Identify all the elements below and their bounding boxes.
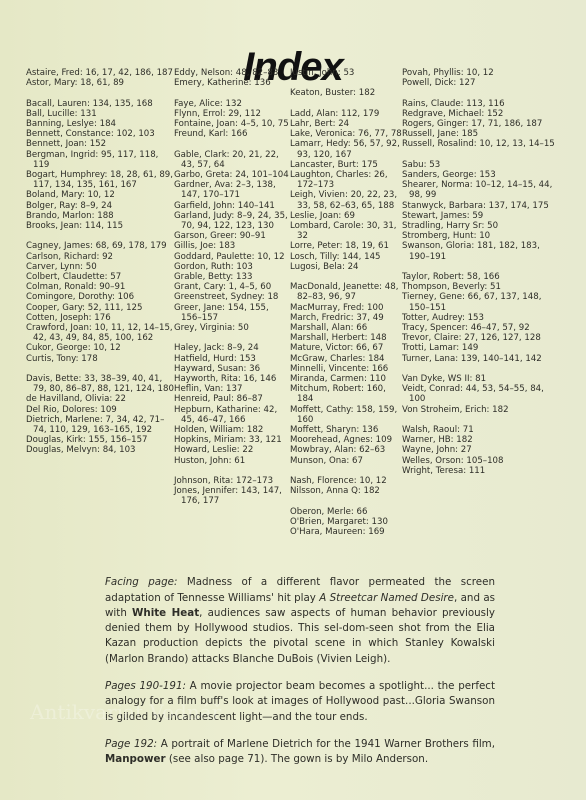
index-entry: Stanwyck, Barbara: 137, 174, 175 xyxy=(402,201,562,211)
index-entry: Cukor, George: 10, 12 xyxy=(26,343,174,353)
index-entry: Losch, Tilly: 144, 145 xyxy=(290,252,402,262)
index-entry: Oberon, Merle: 66 xyxy=(290,507,402,517)
index-entry: Brando, Marlon: 188 xyxy=(26,211,174,221)
index-entry: Bergman, Ingrid: 95, 117, 118, 119 xyxy=(26,150,174,170)
index-entry: Eddy, Nelson: 48, 82–83 xyxy=(174,68,290,78)
index-entry: Lugosi, Bela: 24 xyxy=(290,262,402,272)
watermark: Antikvariat Vodnář xyxy=(30,700,221,724)
index-entry: Garland, Judy: 8–9, 24, 35, 70, 94, 122,… xyxy=(174,211,290,231)
index-group: Oberon, Merle: 66O'Brien, Margaret: 130O… xyxy=(290,507,402,538)
index-entry: Bogart, Humphrey: 18, 28, 61, 89, 117, 1… xyxy=(26,170,174,190)
caption-lead: Page 192: xyxy=(105,738,157,750)
index-group: MacDonald, Jeanette: 48, 82–83, 96, 97Ma… xyxy=(290,282,402,466)
index-group: Astaire, Fred: 16, 17, 42, 186, 187Astor… xyxy=(26,68,174,88)
index-entry: Von Stroheim, Erich: 182 xyxy=(402,405,562,415)
index-entry: Fontaine, Joan: 4–5, 10, 75 xyxy=(174,119,290,129)
index-entry: Cagney, James: 68, 69, 178, 179 xyxy=(26,241,174,251)
index-group: Eddy, Nelson: 48, 82–83Emery, Katherine:… xyxy=(174,68,290,88)
index-entry: Bolger, Ray: 8–9, 24 xyxy=(26,201,174,211)
index-entry: Marshall, Alan: 66 xyxy=(290,323,402,333)
index-entry: Lahr, Bert: 24 xyxy=(290,119,402,129)
index-entry: Crawford, Joan: 10, 11, 12, 14–15, 42, 4… xyxy=(26,323,174,343)
caption-text: (see also page 71). The gown is by Milo … xyxy=(166,753,429,765)
index-entry: Nash, Florence: 10, 12 xyxy=(290,476,402,486)
index-entry: Cotten, Joseph: 176 xyxy=(26,313,174,323)
index-column: Justin, John: 53Keaton, Buster: 182Ladd,… xyxy=(290,68,402,547)
index-entry: Warner, HB: 182 xyxy=(402,435,562,445)
index-entry: Lancaster, Burt: 175 xyxy=(290,160,402,170)
index-group: Sabu: 53Sanders, George: 153Shearer, Nor… xyxy=(402,160,562,262)
index-group: Taylor, Robert: 58, 166Thompson, Beverly… xyxy=(402,272,562,364)
index-entry: Emery, Katherine: 136 xyxy=(174,78,290,88)
index-entry: Boland, Mary: 10, 12 xyxy=(26,190,174,200)
index-entry: Ball, Lucille: 131 xyxy=(26,109,174,119)
index-entry: Hopkins, Miriam: 33, 121 xyxy=(174,435,290,445)
index-group: Gable, Clark: 20, 21, 22, 43, 57, 64Garb… xyxy=(174,150,290,334)
index-entry: Grey, Virginia: 50 xyxy=(174,323,290,333)
index-entry: Garfield, John: 140–141 xyxy=(174,201,290,211)
caption-page-192: Page 192: A portrait of Marlene Dietrich… xyxy=(105,737,495,768)
index-entry: Jones, Jennifer: 143, 147, 176, 177 xyxy=(174,486,290,506)
play-title: A Streetcar Named Desire xyxy=(319,592,454,604)
captions: Facing page: Madness of a different flav… xyxy=(105,565,495,780)
index-entry: Haley, Jack: 8–9, 24 xyxy=(174,343,290,353)
index-column: Eddy, Nelson: 48, 82–83Emery, Katherine:… xyxy=(174,68,290,547)
index-entry: Lake, Veronica: 76, 77, 78 xyxy=(290,129,402,139)
index-entry: Keaton, Buster: 182 xyxy=(290,88,402,98)
index-entry: Lombard, Carole: 30, 31, 32 xyxy=(290,221,402,241)
index-entry: Del Rio, Dolores: 109 xyxy=(26,405,174,415)
index-entry: Hepburn, Katharine: 42, 45, 46–47, 166 xyxy=(174,405,290,425)
index-entry: Curtis, Tony: 178 xyxy=(26,354,174,364)
index-entry: Marshall, Herbert: 148 xyxy=(290,333,402,343)
index-entry: Garbo, Greta: 24, 101–104 xyxy=(174,170,290,180)
index-entry: Brooks, Jean: 114, 115 xyxy=(26,221,174,231)
index-entry: Russell, Jane: 185 xyxy=(402,129,562,139)
index-entry: Heflin, Van: 137 xyxy=(174,384,290,394)
index-column: Povah, Phyllis: 10, 12Powell, Dick: 127R… xyxy=(402,68,562,547)
index-entry: Leslie, Joan: 69 xyxy=(290,211,402,221)
index-group: Johnson, Rita: 172–173Jones, Jennifer: 1… xyxy=(174,476,290,507)
index-entry: Totter, Audrey: 153 xyxy=(402,313,562,323)
index-entry: March, Fredric: 37, 49 xyxy=(290,313,402,323)
index-group: Justin, John: 53 xyxy=(290,68,402,78)
index-entry: Bennett, Constance: 102, 103 xyxy=(26,129,174,139)
index-entry: Colbert, Claudette: 57 xyxy=(26,272,174,282)
index-entry: Ladd, Alan: 112, 179 xyxy=(290,109,402,119)
index-entry: Faye, Alice: 132 xyxy=(174,99,290,109)
index-entry: Mature, Victor: 66, 67 xyxy=(290,343,402,353)
index-entry: Colman, Ronald: 90–91 xyxy=(26,282,174,292)
index-entry: Miranda, Carmen: 110 xyxy=(290,374,402,384)
index-entry: O'Hara, Maureen: 169 xyxy=(290,527,402,537)
index-entry: Bacall, Lauren: 134, 135, 168 xyxy=(26,99,174,109)
index-entry: Swanson, Gloria: 181, 182, 183, 190–191 xyxy=(402,241,562,261)
index-entry: Goddard, Paulette: 10, 12 xyxy=(174,252,290,262)
index-entry: Grant, Cary: 1, 4–5, 60 xyxy=(174,282,290,292)
index-entry: Holden, William: 182 xyxy=(174,425,290,435)
index-group: Nash, Florence: 10, 12Nilsson, Anna Q: 1… xyxy=(290,476,402,496)
index-entry: Van Dyke, WS II: 81 xyxy=(402,374,562,384)
index-entry: Laughton, Charles: 26, 172–173 xyxy=(290,170,402,190)
index-entry: Astor, Mary: 18, 61, 89 xyxy=(26,78,174,88)
index-entry: Cooper, Gary: 52, 111, 125 xyxy=(26,303,174,313)
index-entry: Mowbray, Alan: 62–63 xyxy=(290,445,402,455)
index-entry: Davis, Bette: 33, 38–39, 40, 41, 79, 80,… xyxy=(26,374,174,394)
index-group: Rains, Claude: 113, 116Redgrave, Michael… xyxy=(402,99,562,150)
index-entry: Taylor, Robert: 58, 166 xyxy=(402,272,562,282)
index-column: Astaire, Fred: 16, 17, 42, 186, 187Astor… xyxy=(26,68,174,547)
index-entry: Tierney, Gene: 66, 67, 137, 148, 150–151 xyxy=(402,292,562,312)
index-entry: Sabu: 53 xyxy=(402,160,562,170)
index-entry: Munson, Ona: 67 xyxy=(290,456,402,466)
index-group: Ladd, Alan: 112, 179Lahr, Bert: 24Lake, … xyxy=(290,109,402,272)
index-entry: Johnson, Rita: 172–173 xyxy=(174,476,290,486)
index-entry: Greenstreet, Sydney: 18 xyxy=(174,292,290,302)
index-group: Keaton, Buster: 182 xyxy=(290,88,402,98)
index-entry: O'Brien, Margaret: 130 xyxy=(290,517,402,527)
caption-text: A portrait of Marlene Dietrich for the 1… xyxy=(157,738,495,750)
index-entry: Wright, Teresa: 111 xyxy=(402,466,562,476)
index-entry: Banning, Leslye: 184 xyxy=(26,119,174,129)
index-entry: Bennett, Joan: 152 xyxy=(26,139,174,149)
index-entry: Gardner, Ava: 2–3, 138, 147, 170–171 xyxy=(174,180,290,200)
index-group: Povah, Phyllis: 10, 12Powell, Dick: 127 xyxy=(402,68,562,88)
caption-lead: Pages 190-191: xyxy=(105,680,186,692)
index-group: Cagney, James: 68, 69, 178, 179Carlson, … xyxy=(26,241,174,363)
index-entry: Stromberg, Hunt: 10 xyxy=(402,231,562,241)
index-entry: Dietrich, Marlene: 7, 34, 42, 71–74, 110… xyxy=(26,415,174,435)
index-entry: Grable, Betty: 133 xyxy=(174,272,290,282)
index-entry: Flynn, Errol: 29, 112 xyxy=(174,109,290,119)
index-entry: Hayworth, Rita: 16, 146 xyxy=(174,374,290,384)
index-entry: Comingore, Dorothy: 106 xyxy=(26,292,174,302)
index-entry: Hayward, Susan: 36 xyxy=(174,364,290,374)
index-entry: Douglas, Melvyn: 84, 103 xyxy=(26,445,174,455)
index-entry: Mitchum, Robert: 160, 184 xyxy=(290,384,402,404)
index-entry: de Havilland, Olivia: 22 xyxy=(26,394,174,404)
index-entry: Lamarr, Hedy: 56, 57, 92, 93, 120, 167 xyxy=(290,139,402,159)
index-group: Walsh, Raoul: 71Warner, HB: 182Wayne, Jo… xyxy=(402,425,562,476)
index-entry: Justin, John: 53 xyxy=(290,68,402,78)
index-entry: McGraw, Charles: 184 xyxy=(290,354,402,364)
index-entry: Gordon, Ruth: 103 xyxy=(174,262,290,272)
index-entry: Stradling, Harry Sr: 50 xyxy=(402,221,562,231)
caption-facing-page: Facing page: Madness of a different flav… xyxy=(105,575,495,667)
index-entry: Douglas, Kirk: 155, 156–157 xyxy=(26,435,174,445)
index-group: Faye, Alice: 132Flynn, Errol: 29, 112Fon… xyxy=(174,99,290,140)
index-entry: Henreid, Paul: 86–87 xyxy=(174,394,290,404)
index-entry: Leigh, Vivien: 20, 22, 23, 33, 58, 62–63… xyxy=(290,190,402,210)
index-group: Van Dyke, WS II: 81Veidt, Conrad: 44, 53… xyxy=(402,374,562,415)
index-entry: Thompson, Beverly: 51 xyxy=(402,282,562,292)
index-columns: Astaire, Fred: 16, 17, 42, 186, 187Astor… xyxy=(26,68,576,547)
index-group: Davis, Bette: 33, 38–39, 40, 41, 79, 80,… xyxy=(26,374,174,456)
index-entry: Garson, Greer: 90–91 xyxy=(174,231,290,241)
index-entry: Trotti, Lamar: 149 xyxy=(402,343,562,353)
index-entry: Russell, Rosalind: 10, 12, 13, 14–15 xyxy=(402,139,562,149)
index-entry: Freund, Karl: 166 xyxy=(174,129,290,139)
film-title: Manpower xyxy=(105,753,166,765)
index-entry: Huston, John: 61 xyxy=(174,456,290,466)
index-entry: Walsh, Raoul: 71 xyxy=(402,425,562,435)
index-entry: Rogers, Ginger: 17, 71, 186, 187 xyxy=(402,119,562,129)
index-entry: Tracy, Spencer: 46–47, 57, 92 xyxy=(402,323,562,333)
index-entry: MacMurray, Fred: 100 xyxy=(290,303,402,313)
index-entry: Povah, Phyllis: 10, 12 xyxy=(402,68,562,78)
index-entry: Moffett, Sharyn: 136 xyxy=(290,425,402,435)
caption-lead: Facing page: xyxy=(105,576,177,588)
index-group: Haley, Jack: 8–9, 24Hatfield, Hurd: 153H… xyxy=(174,343,290,465)
index-entry: Wayne, John: 27 xyxy=(402,445,562,455)
index-entry: Carlson, Richard: 92 xyxy=(26,252,174,262)
index-entry: Veidt, Conrad: 44, 53, 54–55, 84, 100 xyxy=(402,384,562,404)
index-entry: Welles, Orson: 105–108 xyxy=(402,456,562,466)
index-entry: Carver, Lynn: 50 xyxy=(26,262,174,272)
index-entry: Nilsson, Anna Q: 182 xyxy=(290,486,402,496)
index-entry: Astaire, Fred: 16, 17, 42, 186, 187 xyxy=(26,68,174,78)
index-entry: Trevor, Claire: 27, 126, 127, 128 xyxy=(402,333,562,343)
index-group: Bacall, Lauren: 134, 135, 168Ball, Lucil… xyxy=(26,99,174,232)
index-entry: Minnelli, Vincente: 166 xyxy=(290,364,402,374)
index-entry: Lorre, Peter: 18, 19, 61 xyxy=(290,241,402,251)
index-entry: Hatfield, Hurd: 153 xyxy=(174,354,290,364)
index-entry: Redgrave, Michael: 152 xyxy=(402,109,562,119)
index-entry: Gillis, Joe: 183 xyxy=(174,241,290,251)
index-entry: Powell, Dick: 127 xyxy=(402,78,562,88)
index-entry: Sanders, George: 153 xyxy=(402,170,562,180)
index-entry: Greer, Jane: 154, 155, 156–157 xyxy=(174,303,290,323)
index-entry: Rains, Claude: 113, 116 xyxy=(402,99,562,109)
index-entry: Moffett, Cathy: 158, 159, 160 xyxy=(290,405,402,425)
index-entry: Gable, Clark: 20, 21, 22, 43, 57, 64 xyxy=(174,150,290,170)
index-entry: MacDonald, Jeanette: 48, 82–83, 96, 97 xyxy=(290,282,402,302)
film-title: White Heat xyxy=(132,607,199,619)
index-entry: Stewart, James: 59 xyxy=(402,211,562,221)
index-entry: Moorehead, Agnes: 109 xyxy=(290,435,402,445)
index-entry: Shearer, Norma: 10–12, 14–15, 44, 98, 99 xyxy=(402,180,562,200)
index-entry: Howard, Leslie: 22 xyxy=(174,445,290,455)
index-entry: Turner, Lana: 139, 140–141, 142 xyxy=(402,354,562,364)
